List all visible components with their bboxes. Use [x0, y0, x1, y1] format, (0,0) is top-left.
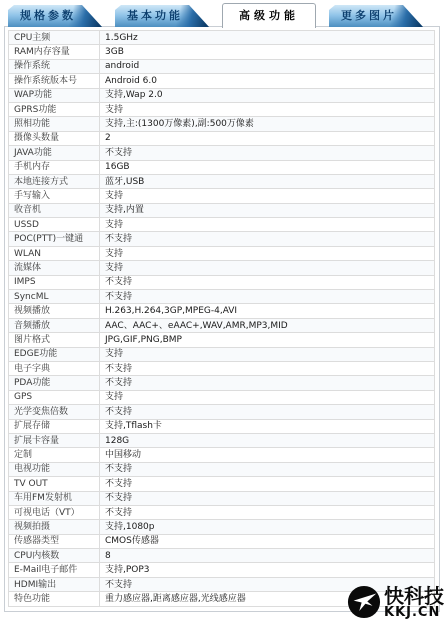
spec-label: GPRS功能: [9, 102, 100, 116]
spec-label: POC(PTT)一键通: [9, 232, 100, 246]
table-row: 扩展存储支持,Tflash卡: [9, 419, 435, 433]
spec-value: 支持: [100, 347, 435, 361]
table-row: 收音机支持,内置: [9, 203, 435, 217]
spec-label: SyncML: [9, 290, 100, 304]
spec-label: 可视电话（VT）: [9, 505, 100, 519]
spec-label: TV OUT: [9, 477, 100, 491]
spec-value: 支持: [100, 390, 435, 404]
spec-label: WLAN: [9, 246, 100, 260]
spec-value: 16GB: [100, 160, 435, 174]
kkj-logo-icon: [347, 585, 381, 619]
spec-value: 中国移动: [100, 448, 435, 462]
table-row: CPU主频1.5GHz: [9, 31, 435, 45]
table-row: TV OUT不支持: [9, 477, 435, 491]
spec-label: 手机内存: [9, 160, 100, 174]
spec-label: 收音机: [9, 203, 100, 217]
spec-value: CMOS传感器: [100, 534, 435, 548]
spec-label: RAM内存容量: [9, 45, 100, 59]
table-row: 手机内存16GB: [9, 160, 435, 174]
table-row: 电子字典不支持: [9, 361, 435, 375]
table-row: 扩展卡容量128G: [9, 433, 435, 447]
spec-value: 128G: [100, 433, 435, 447]
spec-label: USSD: [9, 218, 100, 232]
spec-label: 流媒体: [9, 261, 100, 275]
table-row: 摄像头数量2: [9, 131, 435, 145]
spec-value: 8: [100, 549, 435, 563]
spec-label: IMPS: [9, 275, 100, 289]
spec-label: 照相功能: [9, 117, 100, 131]
spec-value: 支持: [100, 218, 435, 232]
spec-value: 不支持: [100, 290, 435, 304]
spec-label: 光学变焦倍数: [9, 405, 100, 419]
spec-panel: CPU主频1.5GHzRAM内存容量3GB操作系统android操作系统版本号A…: [4, 26, 440, 612]
tab-bar: 规格参数基本功能高级功能更多图片: [8, 3, 436, 27]
watermark: 快科技 KKJ.CN: [347, 585, 444, 619]
spec-value: 不支持: [100, 232, 435, 246]
table-row: 本地连接方式蓝牙,USB: [9, 174, 435, 188]
tab-4[interactable]: 更多图片: [329, 5, 423, 27]
table-row: 可视电话（VT）不支持: [9, 505, 435, 519]
spec-label: WAP功能: [9, 88, 100, 102]
spec-label: 电子字典: [9, 361, 100, 375]
spec-label: 摄像头数量: [9, 131, 100, 145]
spec-label: PDA功能: [9, 376, 100, 390]
spec-label: 视频拍摄: [9, 520, 100, 534]
table-row: POC(PTT)一键通不支持: [9, 232, 435, 246]
spec-value: Android 6.0: [100, 74, 435, 88]
spec-label: 视频播放: [9, 304, 100, 318]
table-row: E-Mail电子邮件支持,POP3: [9, 563, 435, 577]
table-row: 光学变焦倍数不支持: [9, 405, 435, 419]
spec-label: 操作系统: [9, 59, 100, 73]
spec-label: E-Mail电子邮件: [9, 563, 100, 577]
spec-label: 图片格式: [9, 333, 100, 347]
table-row: SyncML不支持: [9, 290, 435, 304]
spec-value: 3GB: [100, 45, 435, 59]
watermark-domain: KKJ.CN: [384, 606, 444, 619]
spec-value: 蓝牙,USB: [100, 174, 435, 188]
spec-value: 不支持: [100, 361, 435, 375]
table-row: 视频播放H.263,H.264,3GP,MPEG-4,AVI: [9, 304, 435, 318]
spec-value: 支持,主:(1300万像素),副:500万像素: [100, 117, 435, 131]
spec-value: 支持,Tflash卡: [100, 419, 435, 433]
spec-label: 定制: [9, 448, 100, 462]
spec-value: 不支持: [100, 491, 435, 505]
table-row: 视频拍摄支持,1080p: [9, 520, 435, 534]
table-row: 操作系统版本号Android 6.0: [9, 74, 435, 88]
watermark-brand: 快科技: [384, 586, 444, 606]
table-row: 传感器类型CMOS传感器: [9, 534, 435, 548]
table-row: GPRS功能支持: [9, 102, 435, 116]
table-row: 手写输入支持: [9, 189, 435, 203]
spec-value: 支持,Wap 2.0: [100, 88, 435, 102]
spec-label: 手写输入: [9, 189, 100, 203]
spec-value: 不支持: [100, 477, 435, 491]
tab-1[interactable]: 规格参数: [8, 5, 102, 27]
tab-2[interactable]: 基本功能: [115, 5, 209, 27]
spec-label: 传感器类型: [9, 534, 100, 548]
table-row: GPS支持: [9, 390, 435, 404]
spec-value: AAC、AAC+、eAAC+,WAV,AMR,MP3,MID: [100, 318, 435, 332]
spec-value: 支持: [100, 261, 435, 275]
spec-label: CPU内核数: [9, 549, 100, 563]
table-row: USSD支持: [9, 218, 435, 232]
spec-value: 不支持: [100, 275, 435, 289]
table-row: IMPS不支持: [9, 275, 435, 289]
spec-value: 支持,内置: [100, 203, 435, 217]
table-row: 流媒体支持: [9, 261, 435, 275]
spec-value: 不支持: [100, 405, 435, 419]
spec-value: JPG,GIF,PNG,BMP: [100, 333, 435, 347]
spec-value: 支持,POP3: [100, 563, 435, 577]
table-row: JAVA功能不支持: [9, 146, 435, 160]
spec-label: GPS: [9, 390, 100, 404]
spec-label: 扩展存储: [9, 419, 100, 433]
spec-label: JAVA功能: [9, 146, 100, 160]
spec-value: 不支持: [100, 505, 435, 519]
spec-value: 不支持: [100, 376, 435, 390]
watermark-text: 快科技 KKJ.CN: [384, 586, 444, 619]
table-row: 操作系统android: [9, 59, 435, 73]
spec-label: 特色功能: [9, 592, 100, 606]
spec-label: HDMI输出: [9, 577, 100, 591]
table-row: 音频播放AAC、AAC+、eAAC+,WAV,AMR,MP3,MID: [9, 318, 435, 332]
spec-label: 电视功能: [9, 462, 100, 476]
table-row: PDA功能不支持: [9, 376, 435, 390]
table-row: 车用FM发射机不支持: [9, 491, 435, 505]
spec-label: 操作系统版本号: [9, 74, 100, 88]
table-row: WLAN支持: [9, 246, 435, 260]
spec-value: 支持: [100, 102, 435, 116]
table-row: RAM内存容量3GB: [9, 45, 435, 59]
table-row: 电视功能不支持: [9, 462, 435, 476]
spec-label: CPU主频: [9, 31, 100, 45]
spec-label: 扩展卡容量: [9, 433, 100, 447]
spec-value: 1.5GHz: [100, 31, 435, 45]
table-row: 图片格式JPG,GIF,PNG,BMP: [9, 333, 435, 347]
spec-value: H.263,H.264,3GP,MPEG-4,AVI: [100, 304, 435, 318]
spec-value: 支持: [100, 246, 435, 260]
spec-table-body: CPU主频1.5GHzRAM内存容量3GB操作系统android操作系统版本号A…: [9, 31, 435, 607]
spec-value: 不支持: [100, 462, 435, 476]
spec-label: EDGE功能: [9, 347, 100, 361]
spec-table: CPU主频1.5GHzRAM内存容量3GB操作系统android操作系统版本号A…: [8, 30, 435, 607]
spec-value: 支持,1080p: [100, 520, 435, 534]
spec-label: 本地连接方式: [9, 174, 100, 188]
table-row: 定制中国移动: [9, 448, 435, 462]
table-row: CPU内核数8: [9, 549, 435, 563]
spec-label: 音频播放: [9, 318, 100, 332]
tab-3-active[interactable]: 高级功能: [222, 3, 316, 28]
spec-value: 2: [100, 131, 435, 145]
spec-value: 支持: [100, 189, 435, 203]
table-row: 照相功能支持,主:(1300万像素),副:500万像素: [9, 117, 435, 131]
table-row: WAP功能支持,Wap 2.0: [9, 88, 435, 102]
table-row: EDGE功能支持: [9, 347, 435, 361]
spec-value: 不支持: [100, 146, 435, 160]
spec-label: 车用FM发射机: [9, 491, 100, 505]
spec-value: android: [100, 59, 435, 73]
